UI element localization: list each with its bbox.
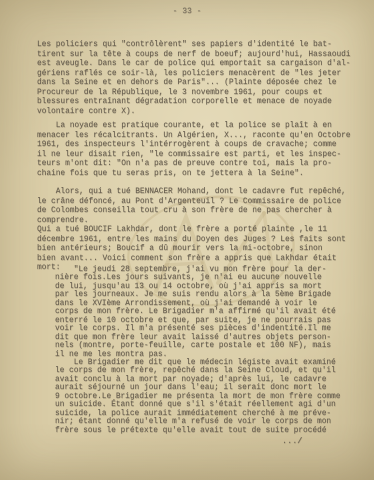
continuation-mark: .../ xyxy=(282,436,302,446)
paragraph-noyade-menace: La noyade est pratique courante, et la p… xyxy=(37,122,351,179)
paragraph-bennacer-boucif: Alors, qui a tué BENNACER Mohand, dont l… xyxy=(37,188,346,274)
document-page: - 33 - Les policiers qui "contrôlèrent" … xyxy=(0,0,374,480)
paragraph-police-control: Les policiers qui "contrôlèrent" ses pap… xyxy=(37,41,351,117)
page-number: - 33 - xyxy=(0,7,374,16)
paragraph-temoignage-frere: "Le jeudi 28 septembre, j'ai vu mon frèr… xyxy=(55,266,340,435)
